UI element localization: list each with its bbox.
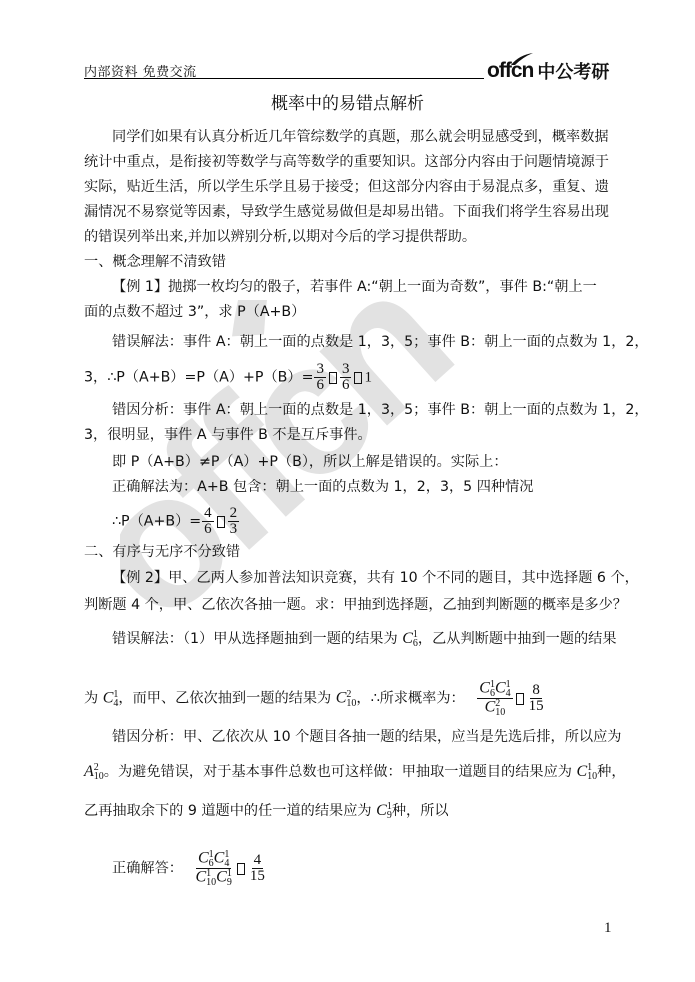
document-page: offcn 内部资料 免费交流 offcn 中公考研 概率中的易错点解析 同学们… <box>0 0 695 982</box>
error-analysis-text: A210。为避免错误，对于基本事件总数也可这样做：甲抽取一道题目的结果应为 C1… <box>84 762 626 782</box>
error-analysis-text: 乙再抽取余下的 9 道题中的任一道的结果应为 C19种，所以 <box>84 801 449 821</box>
fraction: 23 <box>228 506 240 537</box>
missing-glyph-box <box>329 372 337 384</box>
error-analysis-text: 即 P（A+B）≠P（A）+P（B），所以上解是错误的。实际上： <box>112 452 508 472</box>
intro-line: 统计中重点，是衔接初等数学与高等数学的重要知识。这部分内容由于问题情境源于 <box>84 152 609 172</box>
page-number: 1 <box>604 920 612 937</box>
missing-glyph-box <box>354 372 362 384</box>
document-title: 概率中的易错点解析 <box>0 89 695 114</box>
fraction: C16C14 C110C19 <box>193 850 233 887</box>
header-divider <box>84 78 484 79</box>
correct-solution-text: 正确解法为：A+B 包含：朝上一面的点数为 1，2，3，5 四种情况 <box>112 477 533 497</box>
fraction: 36 <box>340 362 352 393</box>
fraction: 36 <box>314 362 326 393</box>
fraction: 815 <box>527 683 546 714</box>
example-2-text: 【例 2】甲、乙两人参加普法知识竞赛，共有 10 个不同的题目，其中选择题 6 … <box>112 568 639 588</box>
correct-solution-formula: ∴P（A+B）=4623 <box>112 506 240 537</box>
error-analysis-text: 3，很明显，事件 A 与事件 B 不是互斥事件。 <box>84 425 372 445</box>
formula-prefix: 3，∴P（A+B）=P（A）+P（B）= <box>84 370 313 386</box>
example-2-text: 判断题 4 个，甲、乙依次各抽一题。求：甲抽到选择题，乙抽到判断题的概率是多少？ <box>84 595 627 615</box>
section-heading: 一、概念理解不清致错 <box>84 252 226 272</box>
error-analysis-text: 错因分析：事件 A：朝上一面的点数是 1，3，5；事件 B：朝上一面的点数为 1… <box>112 400 649 420</box>
wrong-solution-text: 错误解法：事件 A：朝上一面的点数是 1，3，5；事件 B：朝上一面的点数为 1… <box>112 332 649 352</box>
offcn-logo: offcn 中公考研 <box>487 58 609 84</box>
example-1-text: 面的点数不超过 3”，求 P（A+B） <box>84 302 305 322</box>
fraction: 415 <box>248 853 267 884</box>
logo-chinese-text: 中公考研 <box>537 58 609 84</box>
fraction: C16C14 C210 <box>477 680 512 717</box>
fraction: 46 <box>202 506 214 537</box>
intro-line: 同学们如果有认真分析近几年管综数学的真题，那么就会明显感受到，概率数据 <box>112 127 609 147</box>
section-heading: 二、有序与无序不分致错 <box>84 542 240 562</box>
missing-glyph-box <box>217 516 225 528</box>
intro-line: 漏情况不易察觉等因素，导致学生感觉易做但是却易出错。下面我们将学生容易出现 <box>84 202 609 222</box>
missing-glyph-box <box>237 863 245 875</box>
intro-line: 的错误列举出来,并加以辨别分析,以期对今后的学习提供帮助。 <box>84 227 476 247</box>
wrong-solution-formula: 3，∴P（A+B）=P（A）+P（B）=36361 <box>84 362 372 393</box>
missing-glyph-box <box>516 693 524 705</box>
correct-solution-formula: 正确解答： C16C14 C110C19 415 <box>112 850 268 887</box>
wrong-solution-formula: 为 C14，而甲、乙依次抽到一题的结果为 C210，∴所求概率为： C16C14… <box>84 680 547 717</box>
wrong-solution-text: 错误解法：（1）甲从选择题抽到一题的结果为 C16，乙从判断题中抽到一题的结果 <box>112 629 617 649</box>
error-analysis-text: 错因分析：甲、乙依次从 10 个题目各抽一题的结果，应当是先选后排，所以应为 <box>112 727 621 747</box>
intro-line: 实际，贴近生活，所以学生乐学且易于接受；但这部分内容由于易混点多，重复、遗 <box>84 177 609 197</box>
logo-swoosh-icon <box>509 52 535 66</box>
example-1-text: 【例 1】抛掷一枚均匀的骰子，若事件 A:“朝上一面为奇数”，事件 B:“朝上一 <box>112 277 597 297</box>
